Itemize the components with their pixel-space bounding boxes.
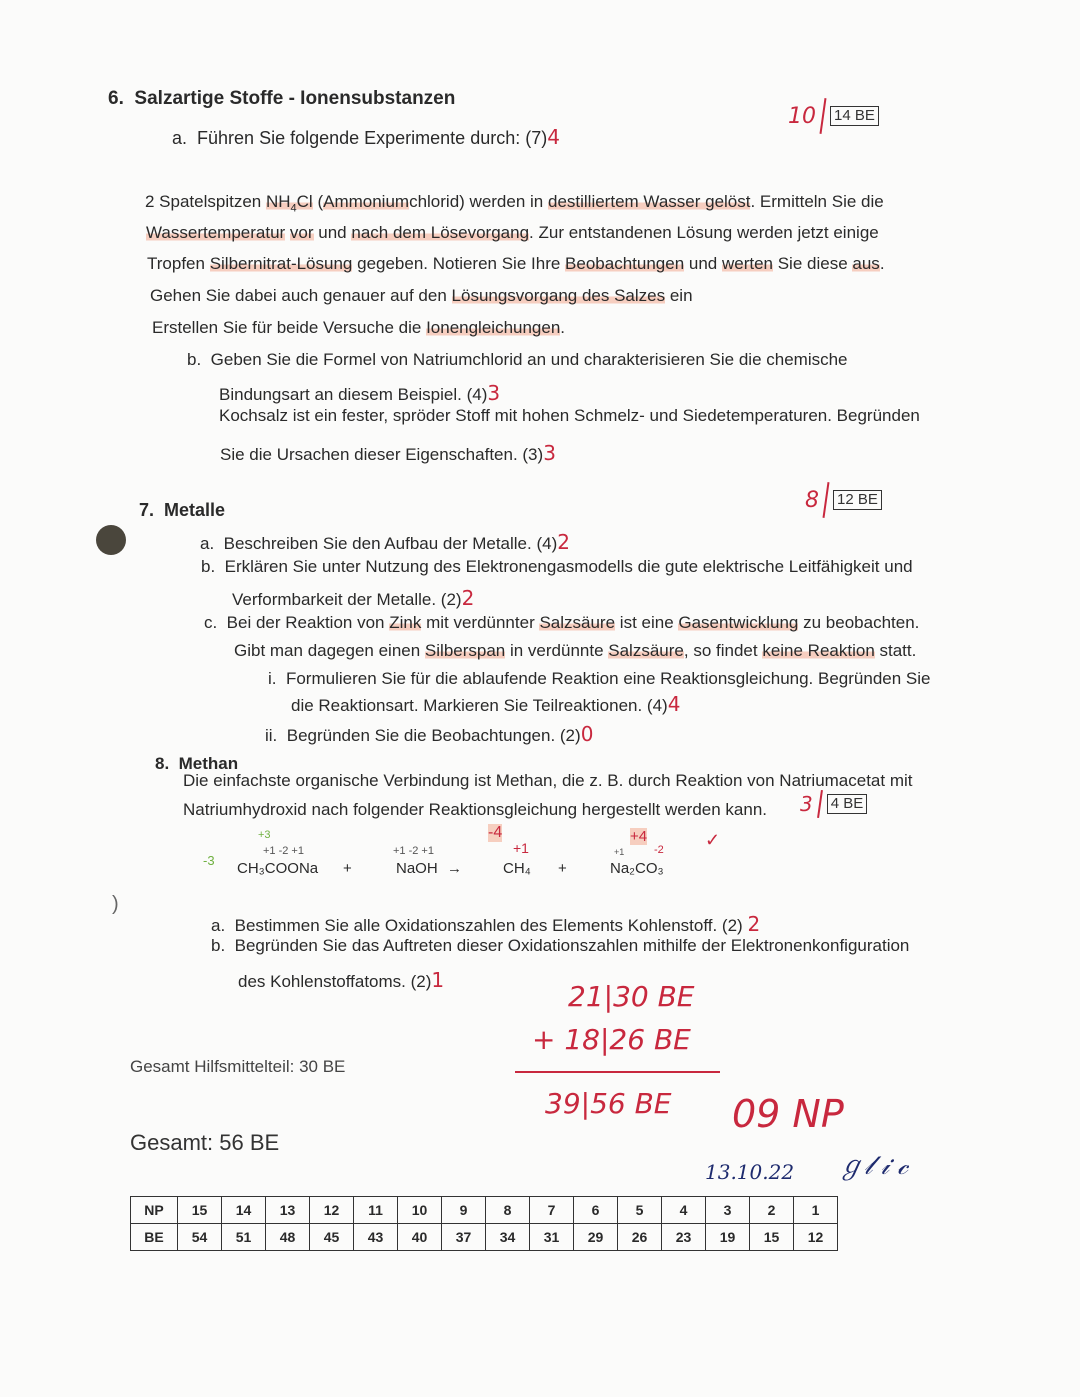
np-cell: 7 [530,1197,574,1224]
np-cell: 6 [574,1197,618,1224]
product-methane: CH₄ [503,860,531,877]
section-7c-i-line-1: i. Formulieren Sie für die ablaufende Re… [268,669,930,689]
grading-date: 13.10.22 [705,1160,794,1184]
be-cell: 43 [354,1224,398,1251]
be-cell: 48 [266,1224,310,1251]
teacher-signature: ℊ𝓁 𝒾 𝒸 [838,1145,908,1182]
np-cell: 13 [266,1197,310,1224]
np-cell: 11 [354,1197,398,1224]
section-6a-body-line-2: Wassertemperatur vor und nach dem Lösevo… [146,223,879,243]
check-mark-icon: ✓ [705,830,720,851]
section-8b-line-2: des Kohlenstoffatoms. (2)1 [238,968,444,992]
np-cell: 12 [310,1197,354,1224]
grade-conversion-table: NP 15 14 13 12 11 10 9 8 7 6 5 4 3 2 1 B… [130,1196,838,1251]
section-8-intro-line-2: Natriumhydroxid nach folgender Reaktions… [183,800,767,820]
be-cell: 40 [398,1224,442,1251]
section-7b-line-2: Verformbarkeit der Metalle. (2)2 [232,586,474,610]
section-6a-body-line-4: Gehen Sie dabei auch genauer auf den Lös… [150,286,693,306]
be-cell: 19 [706,1224,750,1251]
be-cell: 29 [574,1224,618,1251]
section-7c-i-line-2: die Reaktionsart. Markieren Sie Teilreak… [291,692,680,716]
be-cell: 54 [178,1224,222,1251]
be-cell: 37 [442,1224,486,1251]
section-8b-line-1: b. Begründen Sie das Auftreten dieser Ox… [211,936,909,956]
tally-line-1: 21|30 BE [568,980,695,1013]
be-cell: 45 [310,1224,354,1251]
row-label-np: NP [131,1197,178,1224]
np-cell: 4 [662,1197,706,1224]
section-7a: a. Beschreiben Sie den Aufbau der Metall… [200,530,570,554]
section-8-score: 3 4 BE [800,790,867,818]
be-cell: 26 [618,1224,662,1251]
section-6b-line-3: Kochsalz ist ein fester, spröder Stoff m… [219,406,920,426]
tally-result: 39|56 BE [545,1087,672,1120]
punch-hole [96,525,126,555]
tally-sum-line [515,1071,720,1073]
np-cell: 10 [398,1197,442,1224]
np-cell: 3 [706,1197,750,1224]
section-6a-body-line-3: Tropfen Silbernitrat-Lösung gegeben. Not… [147,254,885,274]
section-7c-line-1: c. Bei der Reaktion von Zink mit verdünn… [204,613,919,633]
section-8-intro-line-1: Die einfachste organische Verbindung ist… [183,771,913,791]
reactant-sodium-acetate: CH₃COONa [237,860,318,877]
total-overall: Gesamt: 56 BE [130,1130,279,1156]
be-cell: 12 [794,1224,838,1251]
section-6a-body-line-1: 2 Spatelspitzen NH4Cl (Ammoniumchlorid) … [145,192,884,214]
section-7c-line-2: Gibt man dagegen einen Silberspan in ver… [234,641,916,661]
be-cell: 23 [662,1224,706,1251]
np-cell: 2 [750,1197,794,1224]
np-cell: 14 [222,1197,266,1224]
be-cell: 15 [750,1224,794,1251]
np-cell: 15 [178,1197,222,1224]
be-cell: 31 [530,1224,574,1251]
final-grade: 09 NP [732,1092,844,1136]
table-row-np: NP 15 14 13 12 11 10 9 8 7 6 5 4 3 2 1 [131,1197,838,1224]
punch-hole-edge: ) [112,893,119,916]
total-hilfsmittelteil: Gesamt Hilfsmittelteil: 30 BE [130,1057,345,1077]
np-cell: 8 [486,1197,530,1224]
be-cell: 51 [222,1224,266,1251]
section-8a: a. Bestimmen Sie alle Oxidationszahlen d… [211,912,760,936]
section-6b-line-1: b. Geben Sie die Formel von Natriumchlor… [187,350,848,370]
section-7c-ii: ii. Begründen Sie die Beobachtungen. (2)… [265,722,593,746]
np-cell: 1 [794,1197,838,1224]
row-label-be: BE [131,1224,178,1251]
tally-line-2: + 18|26 BE [532,1023,691,1056]
reactant-sodium-hydroxide: NaOH [396,860,438,877]
section-6-heading: 6. Salzartige Stoffe - Ionensubstanzen [108,88,455,110]
section-6a-body-line-5: Erstellen Sie für beide Versuche die Ion… [152,318,565,338]
be-cell: 34 [486,1224,530,1251]
section-6b-line-2: Bindungsart an diesem Beispiel. (4)3 [219,381,500,405]
np-cell: 5 [618,1197,662,1224]
section-7b-line-1: b. Erklären Sie unter Nutzung des Elektr… [201,557,913,577]
section-6a-prompt: a. Führen Sie folgende Experimente durch… [172,125,560,149]
section-6-score: 10 14 BE [788,98,879,134]
product-sodium-carbonate: Na₂CO₃ [610,860,664,877]
section-7-heading: 7. Metalle [139,500,225,521]
np-cell: 9 [442,1197,486,1224]
table-row-be: BE 54 51 48 45 43 40 37 34 31 29 26 23 1… [131,1224,838,1251]
section-6b-line-4: Sie die Ursachen dieser Eigenschaften. (… [220,441,556,465]
section-7-score: 8 12 BE [805,482,882,518]
